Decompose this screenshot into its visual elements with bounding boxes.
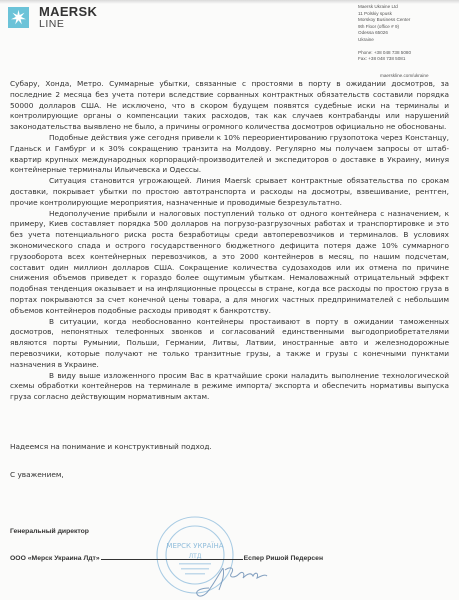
- paragraph: Недополучение прибыли и налоговых поступ…: [10, 209, 449, 317]
- address-line: Ukraine: [358, 37, 411, 44]
- signature-rule: [101, 553, 243, 560]
- company-address: Maersk Ukraine Ltd 11 Polskiy spusk Mors…: [358, 4, 411, 63]
- paragraph: Подобные действия уже сегодня привели к …: [10, 133, 449, 176]
- letter-page: MAERSK LINE Maersk Ukraine Ltd 11 Polski…: [0, 0, 459, 600]
- svg-text:МЕРСК УКРАЇНА: МЕРСК УКРАЇНА: [166, 541, 223, 550]
- maersk-logo: MAERSK LINE: [8, 5, 97, 30]
- seven-point-star-icon: [8, 7, 29, 28]
- website: maerskline.com/ukraine: [380, 73, 429, 78]
- paragraph: Ситуация становится угрожающей. Линия Ma…: [10, 176, 449, 208]
- fax-number: Fax: +38 048 738 5081: [358, 56, 411, 63]
- closing-hope: Надеемся на понимание и конструктивный п…: [10, 442, 212, 451]
- signatory-title: Генеральный директор: [10, 528, 89, 535]
- address-line: 11 Polskiy spusk: [358, 11, 411, 18]
- company-name: ООО «Мерск Украина Лдт»: [10, 555, 100, 562]
- handwritten-signature-icon: [195, 560, 295, 600]
- letter-body: Субару, Хонда, Метро. Суммарные убытки, …: [10, 79, 449, 403]
- brand-name: MAERSK: [39, 5, 97, 18]
- paragraph: В ситуации, когда необоснованно контейне…: [10, 317, 449, 371]
- regards: С уважением,: [10, 470, 64, 479]
- address-line: Odessa 65026: [358, 30, 411, 37]
- phone-number: Phone: +38 048 738 5080: [358, 50, 411, 57]
- brand-subname: LINE: [39, 19, 97, 30]
- address-line: Maersk Ukraine Ltd: [358, 4, 411, 11]
- address-line: Morskoy Business Center: [358, 17, 411, 24]
- paragraph: Субару, Хонда, Метро. Суммарные убытки, …: [10, 79, 449, 133]
- paragraph: В виду выше изложенного просим Вас в кра…: [10, 371, 449, 403]
- address-line: 9th Floor (office # 9): [358, 24, 411, 31]
